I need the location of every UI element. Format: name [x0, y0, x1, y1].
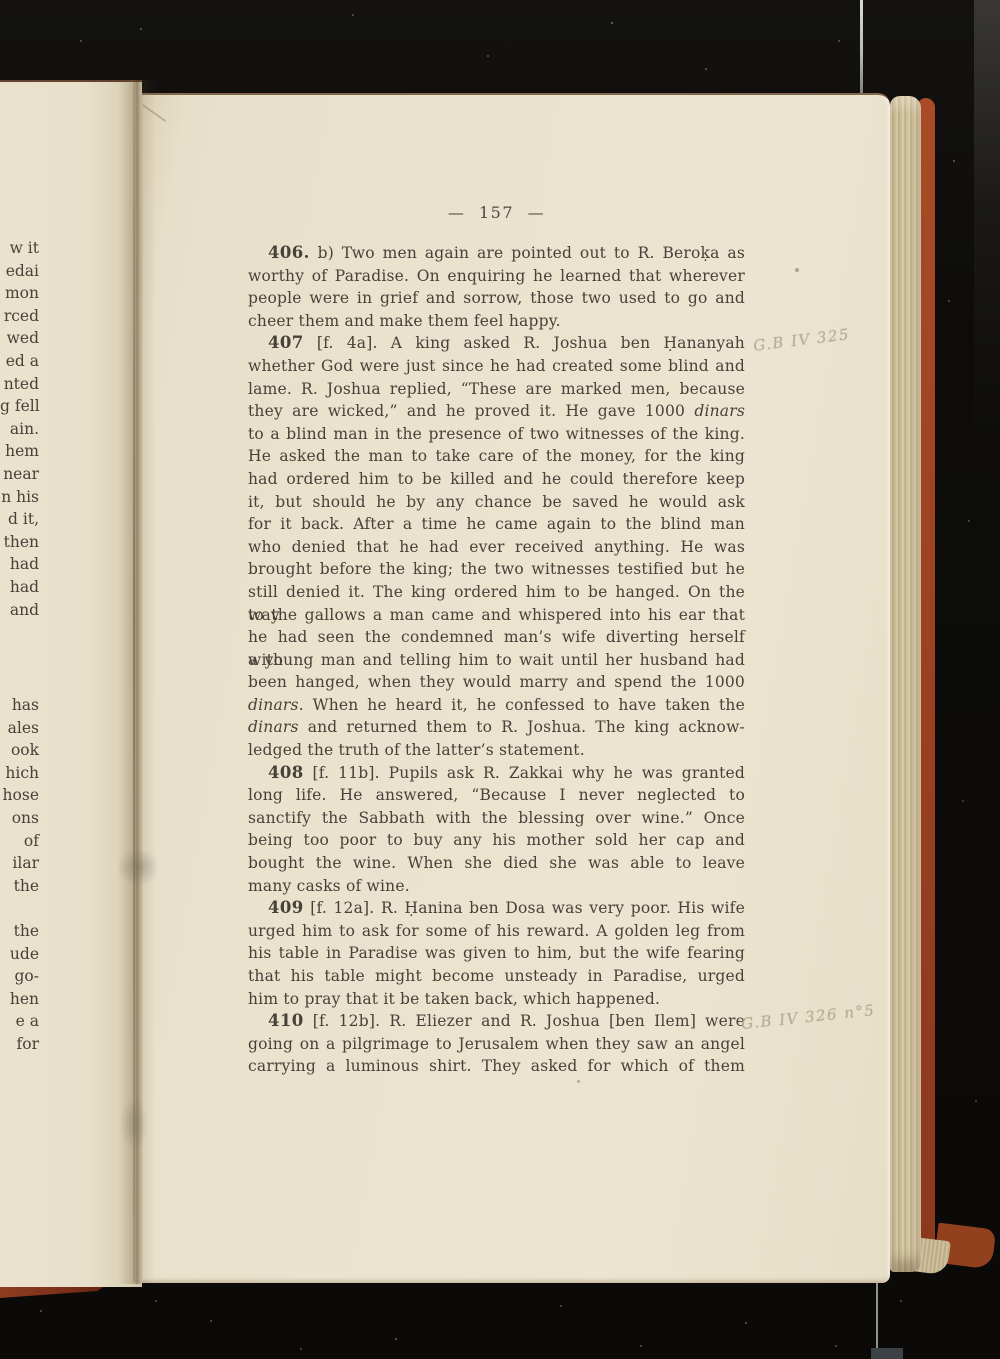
text-line: He asked the man to take care of the mon…	[248, 445, 745, 468]
facing-page-text-fragment: hose	[0, 784, 39, 807]
facing-page-text-fragment: ook	[0, 739, 39, 762]
text-line: 406. b) Two men again are pointed out to…	[248, 242, 745, 265]
text-line: who denied that he had ever received any…	[248, 536, 745, 559]
text-line: bought the wine. When she died she was a…	[248, 852, 745, 875]
text-line: that his table might become unsteady in …	[248, 965, 745, 988]
facing-page-text-fragment: ons	[0, 807, 39, 830]
facing-page-text-fragment: n his	[0, 486, 39, 509]
text-line: 407 [f. 4a]. A king asked R. Joshua ben …	[248, 332, 745, 355]
text-line: had ordered him to be killed and he coul…	[248, 468, 745, 491]
facing-page-text-fragment: the	[0, 920, 39, 943]
gutter-smudge-2	[120, 1096, 148, 1152]
facing-page-text-fragment: then	[0, 531, 39, 554]
main-text-block: 406. b) Two men again are pointed out to…	[248, 242, 745, 1078]
text-line: long life. He answered, “Because I never…	[248, 784, 745, 807]
facing-page-fragments-bottom: hasalesookhichhoseonsofilarthe theudego-…	[0, 694, 39, 1056]
text-line: worthy of Paradise. On enquiring he lear…	[248, 265, 745, 288]
facing-page-text-fragment: mon	[0, 282, 39, 305]
text-line: dinars and returned them to R. Joshua. T…	[248, 716, 745, 739]
text-line: ledged the truth of the latter’s stateme…	[248, 739, 745, 762]
paper-speck-2	[577, 1080, 580, 1083]
gutter-smudge-1	[116, 848, 160, 886]
text-line: 409 [f. 12a]. R. Ḥanina ben Dosa was ver…	[248, 897, 745, 920]
scanner-chip	[871, 1348, 903, 1359]
text-line: still denied it. The king ordered him to…	[248, 581, 745, 604]
facing-page-text-fragment: e a	[0, 1010, 39, 1033]
facing-page-text-fragment: hem	[0, 440, 39, 463]
text-line: 410 [f. 12b]. R. Eliezer and R. Joshua […	[248, 1010, 745, 1033]
text-line: going on a pilgrimage to Jerusalem when …	[248, 1033, 745, 1056]
text-line: his table in Paradise was given to him, …	[248, 942, 745, 965]
text-line: cheer them and make them feel happy.	[248, 310, 745, 333]
text-line: been hanged, when they would marry and s…	[248, 671, 745, 694]
facing-page-text-fragment: hich	[0, 762, 39, 785]
text-line: for it back. After a time he came again …	[248, 513, 745, 536]
dust-specks	[0, 0, 2, 2]
text-line: many casks of wine.	[248, 875, 745, 898]
facing-page-text-fragment: ed a	[0, 350, 39, 373]
text-line: carrying a luminous shirt. They asked fo…	[248, 1055, 745, 1078]
text-line: being too poor to buy any his mother sol…	[248, 829, 745, 852]
text-line: whether God were just since he had creat…	[248, 355, 745, 378]
text-line: brought before the king; the two witness…	[248, 558, 745, 581]
text-line: dinars. When he heard it, he confessed t…	[248, 694, 745, 717]
facing-page-text-fragment: w it	[0, 237, 39, 260]
text-line: lame. R. Joshua replied, “These are mark…	[248, 378, 745, 401]
facing-page-text-fragment: of	[0, 830, 39, 853]
text-line: 408 [f. 11b]. Pupils ask R. Zakkai why h…	[248, 762, 745, 785]
text-line: they are wicked,” and he proved it. He g…	[248, 400, 745, 423]
facing-page-text-fragment: for	[0, 1033, 39, 1056]
facing-page-text-fragment: edai	[0, 260, 39, 283]
facing-page-text-fragment: the	[0, 875, 39, 898]
facing-page-fragments-top: w itedaimonrcedweded antedg fellain.hemn…	[0, 237, 39, 621]
text-line: urged him to ask for some of his reward.…	[248, 920, 745, 943]
text-line: a young man and telling him to wait unti…	[248, 649, 745, 672]
facing-page-text-fragment: hen	[0, 988, 39, 1011]
facing-page-text-fragment: ain.	[0, 418, 39, 441]
paper-speck-1	[795, 268, 799, 272]
scanned-book-photo: — 157 — 406. b) Two men again are pointe…	[0, 0, 1000, 1359]
page-number: — 157 —	[248, 203, 745, 222]
facing-page-text-fragment: has	[0, 694, 39, 717]
text-line: to a blind man in the presence of two wi…	[248, 423, 745, 446]
facing-page-text-fragment: nted	[0, 373, 39, 396]
facing-page-text-fragment: rced	[0, 305, 39, 328]
text-line: him to pray that it be taken back, which…	[248, 988, 745, 1011]
text-line: sanctify the Sabbath with the blessing o…	[248, 807, 745, 830]
background-light-band	[974, 0, 1000, 460]
facing-page-text-fragment: ales	[0, 717, 39, 740]
text-line: it, but should he by any chance be saved…	[248, 491, 745, 514]
facing-page-text-fragment	[0, 897, 39, 920]
facing-page-text-fragment: ude	[0, 943, 39, 966]
text-line: people were in grief and sorrow, those t…	[248, 287, 745, 310]
facing-page-text-fragment: had	[0, 576, 39, 599]
text-line: to the gallows a man came and whispered …	[248, 604, 745, 627]
facing-page-text-fragment: d it,	[0, 508, 39, 531]
facing-page-text-fragment: go-	[0, 965, 39, 988]
text-line: he had seen the condemned man’s wife div…	[248, 626, 745, 649]
cradle-string-top	[860, 0, 863, 96]
facing-page-text-fragment: near	[0, 463, 39, 486]
facing-page-text-fragment: and	[0, 599, 39, 622]
facing-page-text-fragment: g fell	[0, 395, 39, 418]
facing-page-text-fragment: had	[0, 553, 39, 576]
page-edge-stack	[890, 96, 921, 1272]
facing-page-text-fragment: wed	[0, 327, 39, 350]
facing-page-text-fragment: ilar	[0, 852, 39, 875]
